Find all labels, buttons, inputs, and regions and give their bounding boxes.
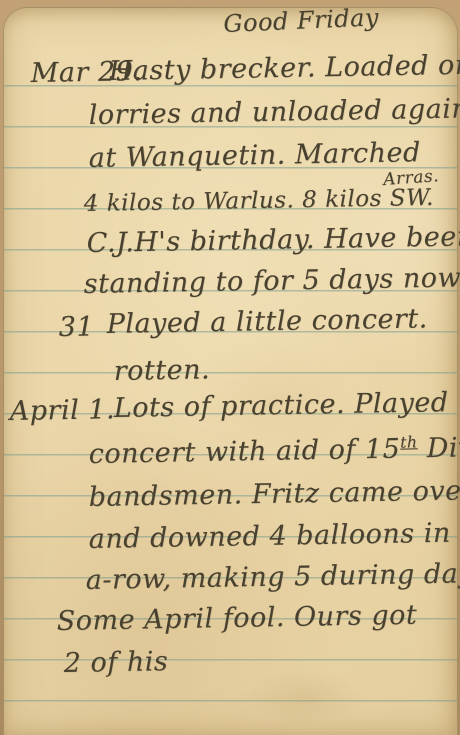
notebook-page: Good Friday Mar 29. Hasty brecker. Loade…	[3, 7, 458, 735]
ordinal-suffix: th	[400, 432, 418, 451]
diary-line-text: Div	[417, 432, 460, 464]
scanned-diary-background: Good Friday Mar 29. Hasty brecker. Loade…	[0, 0, 460, 735]
diary-line: 2 of his	[64, 648, 169, 678]
diary-line: Some April fool. Ours got	[57, 602, 418, 637]
diary-line: standing to for 5 days now.	[84, 264, 460, 299]
diary-line: rotten.	[114, 356, 211, 386]
diary-line: and downed 4 balloons in	[89, 520, 451, 555]
page-heading: Good Friday	[223, 5, 380, 37]
diary-line: lorries and unloaded again	[89, 95, 460, 130]
diary-line: at Wanquetin. Marched	[89, 139, 421, 173]
diary-line: bandsmen. Fritz came over	[89, 477, 460, 512]
diary-line: 4 kilos to Warlus. 8 kilos SW.	[84, 186, 435, 216]
entry-date: April 1.	[10, 396, 116, 426]
diary-line: concert with aid of 15th Div	[88, 433, 460, 469]
paper-stain	[244, 668, 364, 728]
diary-line: C.J.H's birthday. Have been	[87, 223, 460, 258]
diary-line: Played a little concert.	[107, 305, 429, 339]
diary-line: a-row, making 5 during day.	[86, 560, 460, 595]
diary-line-text: concert with aid of 15	[88, 434, 400, 470]
diary-line: Lots of practice. Played	[114, 389, 449, 423]
entry-date: 31	[59, 313, 95, 342]
diary-line: Hasty brecker. Loaded on	[109, 52, 460, 87]
